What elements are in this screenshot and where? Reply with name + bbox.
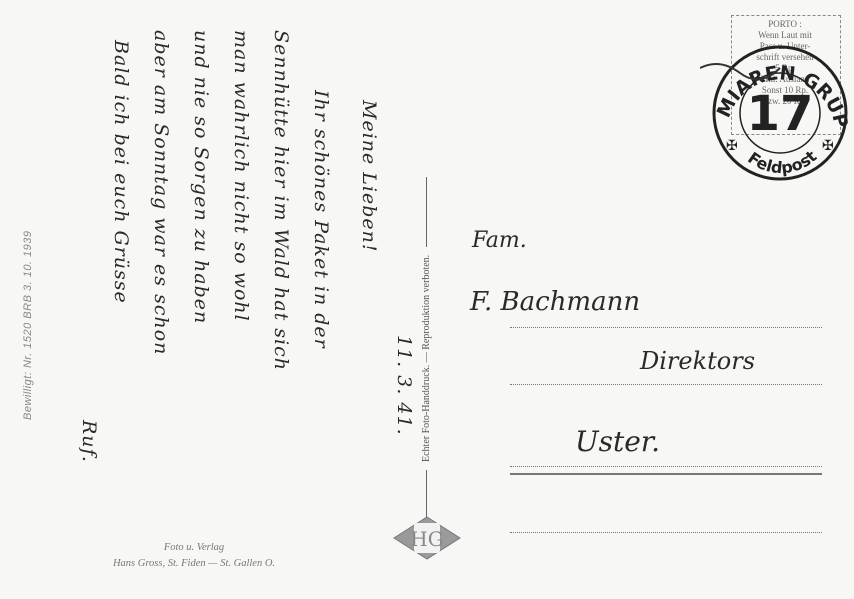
svg-text:HG: HG <box>410 527 443 551</box>
message-line: aber am Sonntag war es schon <box>150 30 172 355</box>
svg-text:✠: ✠ <box>822 139 834 154</box>
feldpost-postmark-icon: 17 MIAREN GRUPPE Feldpost ✠ ✠ <box>700 38 850 188</box>
message-date: 11. 3. 41. <box>393 335 415 436</box>
address-line1: Fam. <box>472 228 527 253</box>
publisher-line1: Foto u. Verlag <box>74 540 314 556</box>
divider-line <box>426 177 427 247</box>
svg-text:✠: ✠ <box>726 139 738 154</box>
message-greeting: Meine Lieben! <box>358 100 380 253</box>
address-rule <box>510 384 822 385</box>
publisher-logo-icon: HG <box>392 515 462 561</box>
publisher-imprint: Foto u. Verlag Hans Gross, St. Fiden — S… <box>74 540 314 572</box>
address-rule <box>510 532 822 533</box>
message-line: Bald ich bei euch Grüsse <box>110 40 132 304</box>
address-line3: Direktors <box>640 347 755 375</box>
message-signature: Ruf. <box>78 420 100 463</box>
vertical-divider: Echter Foto-Handdruck. — Reproduktion ve… <box>421 169 432 548</box>
address-rule <box>510 327 822 328</box>
address-rule-solid <box>510 473 822 475</box>
message-line: Ihr schönes Paket in der <box>310 90 332 349</box>
message-line: und nie so Sorgen zu haben <box>190 30 212 324</box>
message-line: man wahrlich nicht so wohl <box>230 30 252 322</box>
approval-text: Bewilligt: Nr. 1520 BRB 3. 10. 1939 <box>22 230 34 420</box>
message-line: Sennhütte hier im Wald hat sich <box>270 30 292 371</box>
reproduction-notice: Echter Foto-Handdruck. — Reproduktion ve… <box>421 255 432 462</box>
publisher-line2: Hans Gross, St. Fiden — St. Gallen O. <box>74 556 314 572</box>
svg-text:17: 17 <box>747 86 814 142</box>
address-line2: F. Bachmann <box>470 287 640 317</box>
postcard-back: Bewilligt: Nr. 1520 BRB 3. 10. 1939 Echt… <box>0 0 854 599</box>
address-rule <box>510 466 822 467</box>
address-line4: Uster. <box>575 425 660 458</box>
